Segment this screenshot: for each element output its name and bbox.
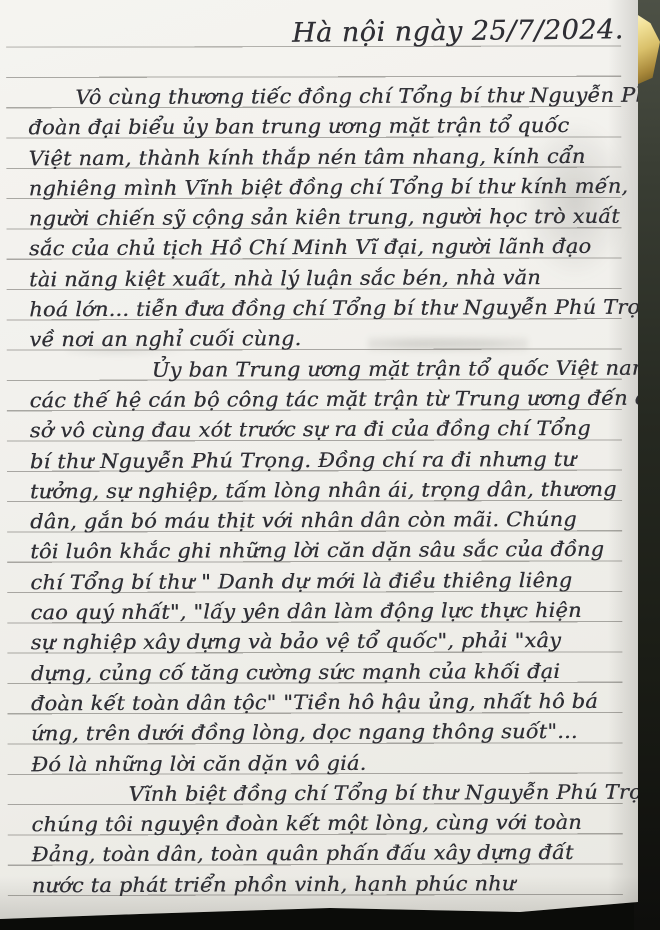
handwritten-line: Vĩnh biệt đồng chí Tổng bí thư Nguyễn Ph… — [31, 776, 658, 809]
handwritten-line: chúng tôi nguyện đoàn kết một lòng, cùng… — [31, 807, 658, 840]
handwriting-block: Vô cùng thương tiếc đồng chí Tổng bí thư… — [28, 80, 632, 901]
handwritten-line: ứng, trên dưới đồng lòng, dọc ngang thôn… — [31, 716, 658, 749]
handwritten-line: tài năng kiệt xuất, nhà lý luận sắc bén,… — [29, 261, 656, 294]
handwritten-line: sắc của chủ tịch Hồ Chí Minh Vĩ đại, ngư… — [29, 231, 656, 264]
handwritten-line: tôi luôn khắc ghi những lời căn dặn sâu … — [30, 534, 657, 567]
date-line: Hà nội ngày 25/7/2024. — [292, 14, 624, 48]
handwritten-line: chí Tổng bí thư " Danh dự mới là điều th… — [30, 564, 657, 597]
handwritten-line: dân, gắn bó máu thịt với nhân dân còn mã… — [30, 504, 657, 537]
handwritten-line: các thế hệ cán bộ công tác mặt trận từ T… — [30, 383, 657, 416]
handwritten-line: Ủy ban Trung ương mặt trận tổ quốc Việt … — [29, 352, 656, 385]
handwritten-line: tưởng, sự nghiệp, tấm lòng nhân ái, trọn… — [30, 473, 657, 506]
handwritten-line: nghiêng mình Vĩnh biệt đồng chí Tổng bí … — [29, 170, 656, 203]
handwritten-line: đoàn đại biểu ủy ban trung ương mặt trận… — [28, 110, 655, 143]
handwritten-line: nước ta phát triển phồn vinh, hạnh phúc … — [32, 867, 659, 900]
handwritten-line: dựng, củng cố tăng cường sức mạnh của kh… — [31, 655, 658, 688]
handwritten-line: về nơi an nghỉ cuối cùng. — [29, 322, 656, 355]
notebook-paper-page: Hà nội ngày 25/7/2024. Vô cùng thương ti… — [0, 0, 638, 930]
handwritten-line: Việt nam, thành kính thắp nén tâm nhang,… — [28, 140, 655, 173]
handwritten-line: người chiến sỹ cộng sản kiên trung, ngườ… — [29, 201, 656, 234]
handwritten-line: hoá lớn... tiễn đưa đồng chí Tổng bí thư… — [29, 292, 656, 325]
handwritten-line: sở vô cùng đau xót trước sự ra đi của đồ… — [30, 413, 657, 446]
handwritten-line: Vô cùng thương tiếc đồng chí Tổng bí thư… — [28, 80, 655, 113]
handwritten-line: bí thư Nguyễn Phú Trọng. Đồng chí ra đi … — [30, 443, 657, 476]
handwritten-line: đoàn kết toàn dân tộc" "Tiền hô hậu ủng,… — [31, 686, 658, 719]
handwritten-line: sự nghiệp xây dựng và bảo vệ tổ quốc", p… — [31, 625, 658, 658]
handwritten-line: Đó là những lời căn dặn vô giá. — [31, 746, 658, 779]
handwritten-line: cao quý nhất", "lấy yên dân làm động lực… — [30, 595, 657, 628]
photo-of-handwritten-notebook-page: Hà nội ngày 25/7/2024. Vô cùng thương ti… — [0, 0, 660, 930]
handwritten-line: Đảng, toàn dân, toàn quân phấn đấu xây d… — [32, 837, 659, 870]
